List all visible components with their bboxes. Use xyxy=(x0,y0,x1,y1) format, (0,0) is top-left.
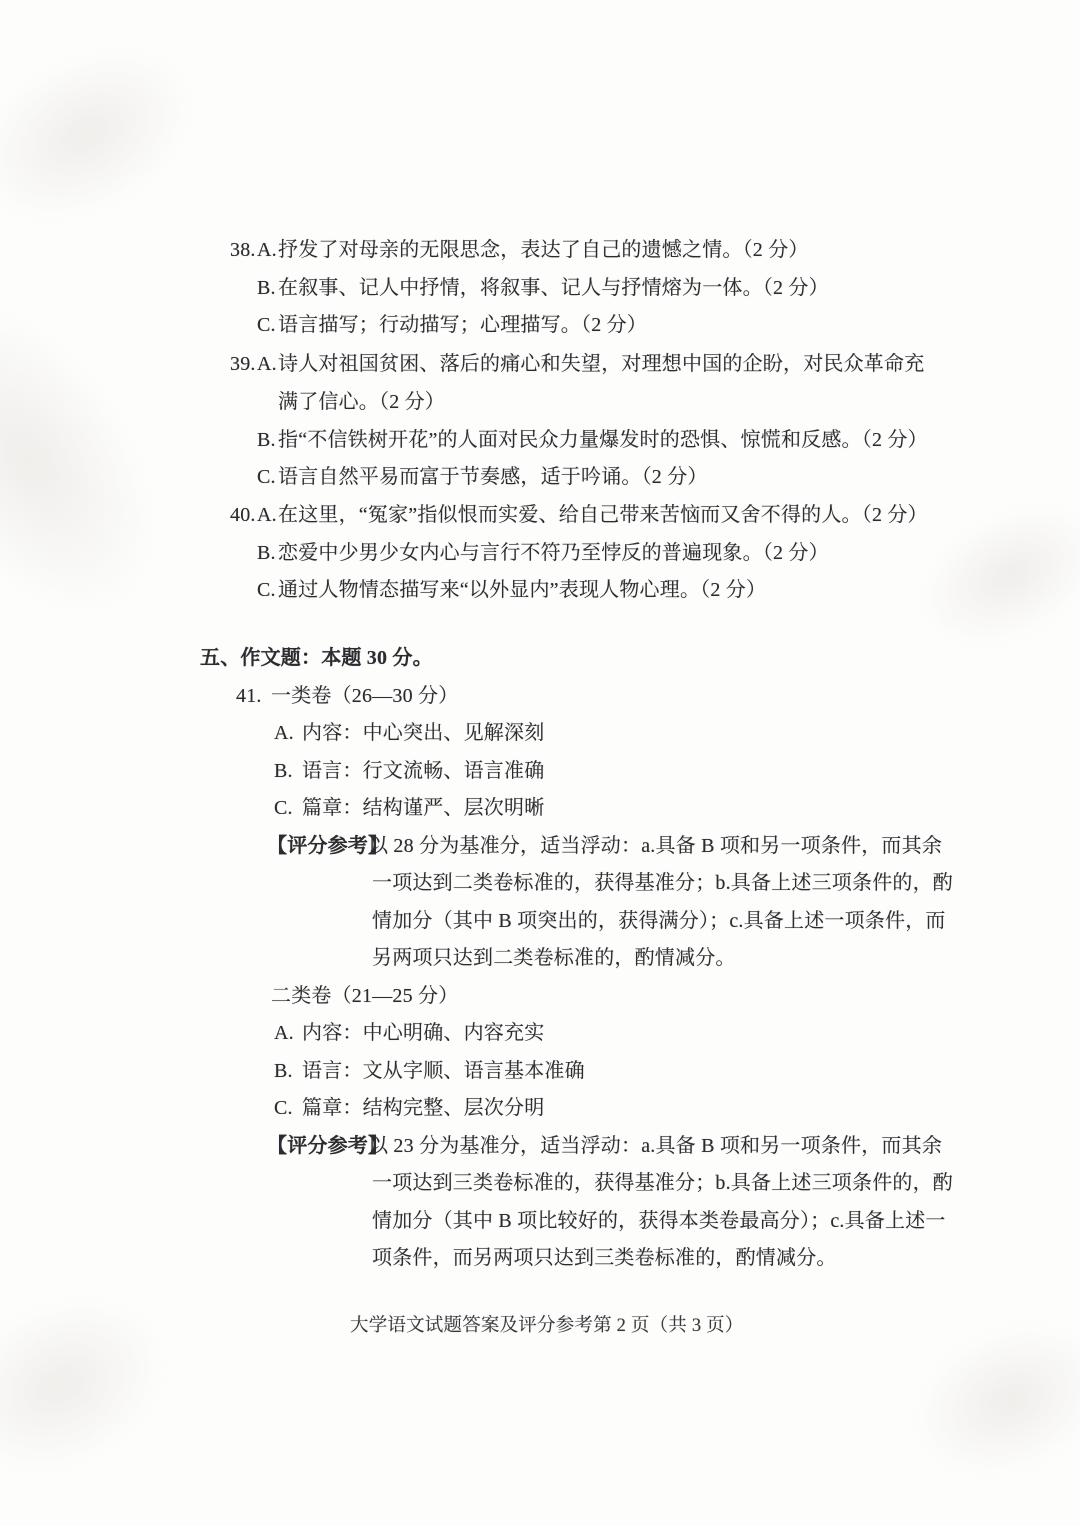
grade1-scoring-line2: 一项达到二类卷标准的，获得基准分；b.具备上述三项条件的，酌 xyxy=(372,864,953,902)
grade1-option-c-text: 篇章：结构谨严、层次明晰 xyxy=(302,789,544,827)
grade1-option-a-text: 内容：中心突出、见解深刻 xyxy=(302,714,544,752)
grade1-option-b-text: 语言：行文流畅、语言准确 xyxy=(302,752,544,790)
grade1-scoring-line3: 情加分（其中 B 项突出的，获得满分）；c.具备上述一项条件，而 xyxy=(372,902,946,940)
question-38-option-a-label: A. xyxy=(257,231,277,269)
grade2-option-a-text: 内容：中心明确、内容充实 xyxy=(302,1014,544,1052)
section-5-heading: 五、作文题：本题 30 分。 xyxy=(200,639,433,677)
question-40-option-b-label: B. xyxy=(257,534,276,572)
question-40-option-a-text: 在这里，“冤家”指似恨而实爱、给自己带来苦恼而又舍不得的人。（2 分） xyxy=(278,496,928,534)
question-39-option-c-text: 语言自然平易而富于节奏感，适于吟诵。（2 分） xyxy=(278,458,708,496)
question-38-option-b-text: 在叙事、记人中抒情，将叙事、记人与抒情熔为一体。（2 分） xyxy=(278,269,829,307)
item-41-number: 41. xyxy=(236,677,262,715)
grade2-option-c-text: 篇章：结构完整、层次分明 xyxy=(302,1089,544,1127)
grade1-option-c-label: C. xyxy=(274,789,293,827)
grade2-scoring-line2: 一项达到三类卷标准的，获得基准分；b.具备上述三项条件的，酌 xyxy=(372,1164,953,1202)
question-38-option-c-label: C. xyxy=(257,306,276,344)
question-40-option-c-text: 通过人物情态描写来“以外显内”表现人物心理。（2 分） xyxy=(278,571,766,609)
question-38-option-a-text: 抒发了对母亲的无限思念，表达了自己的遗憾之情。（2 分） xyxy=(278,231,809,269)
scan-smudge xyxy=(0,15,222,255)
grade2-option-c-label: C. xyxy=(274,1089,293,1127)
question-39-number: 39. xyxy=(230,345,256,383)
question-39-option-a-text-line2: 满了信心。（2 分） xyxy=(278,383,445,421)
grade2-title: 二类卷（21—25 分） xyxy=(271,977,458,1015)
question-39-option-a-label: A. xyxy=(257,345,277,383)
question-38-option-b-label: B. xyxy=(257,269,276,307)
question-39-option-a-text-line1: 诗人对祖国贫困、落后的痛心和失望，对理想中国的企盼，对民众革命充 xyxy=(278,345,924,383)
grade2-scoring-line4: 项条件，而另两项只达到三类卷标准的，酌情减分。 xyxy=(372,1239,837,1277)
grade1-option-b-label: B. xyxy=(274,752,293,790)
scan-smudge xyxy=(0,263,205,657)
grade2-scoring-line3: 情加分（其中 B 项比较好的，获得本类卷最高分）；c.具备上述一 xyxy=(372,1202,946,1240)
grade1-title: 一类卷（26—30 分） xyxy=(271,677,458,715)
question-40-number: 40. xyxy=(230,496,256,534)
question-39-option-c-label: C. xyxy=(257,458,276,496)
question-40-option-c-label: C. xyxy=(257,571,276,609)
question-39-option-b-label: B. xyxy=(257,421,276,459)
question-38-option-c-text: 语言描写；行动描写；心理描写。（2 分） xyxy=(278,306,647,344)
grade2-scoring-line1: 以 23 分为基准分，适当浮动：a.具备 B 项和另一项条件，而其余 xyxy=(368,1127,942,1165)
grade1-scoring-line1: 以 28 分为基准分，适当浮动：a.具备 B 项和另一项条件，而其余 xyxy=(368,827,942,865)
grade2-option-b-text: 语言：文从字顺、语言基本准确 xyxy=(302,1052,585,1090)
question-40-option-a-label: A. xyxy=(257,496,277,534)
scan-smudge xyxy=(890,1295,1080,1504)
document-page: 38. A. 抒发了对母亲的无限思念，表达了自己的遗憾之情。（2 分） B. 在… xyxy=(0,0,1080,1526)
question-39-option-b-text: 指“不信铁树开花”的人面对民众力量爆发时的恐惧、惊慌和反感。（2 分） xyxy=(278,421,928,459)
grade1-scoring-line4: 另两项只达到二类卷标准的，酌情减分。 xyxy=(372,939,736,977)
scan-smudge xyxy=(0,1265,194,1505)
page-footer: 大学语文试题答案及评分参考第 2 页（共 3 页） xyxy=(350,1307,744,1345)
grade2-option-b-label: B. xyxy=(274,1052,293,1090)
question-40-option-b-text: 恋爱中少男少女内心与言行不符乃至悖反的普遍现象。（2 分） xyxy=(278,534,829,572)
grade2-option-a-label: A. xyxy=(274,1014,294,1052)
grade1-option-a-label: A. xyxy=(274,714,294,752)
question-38-number: 38. xyxy=(230,231,256,269)
